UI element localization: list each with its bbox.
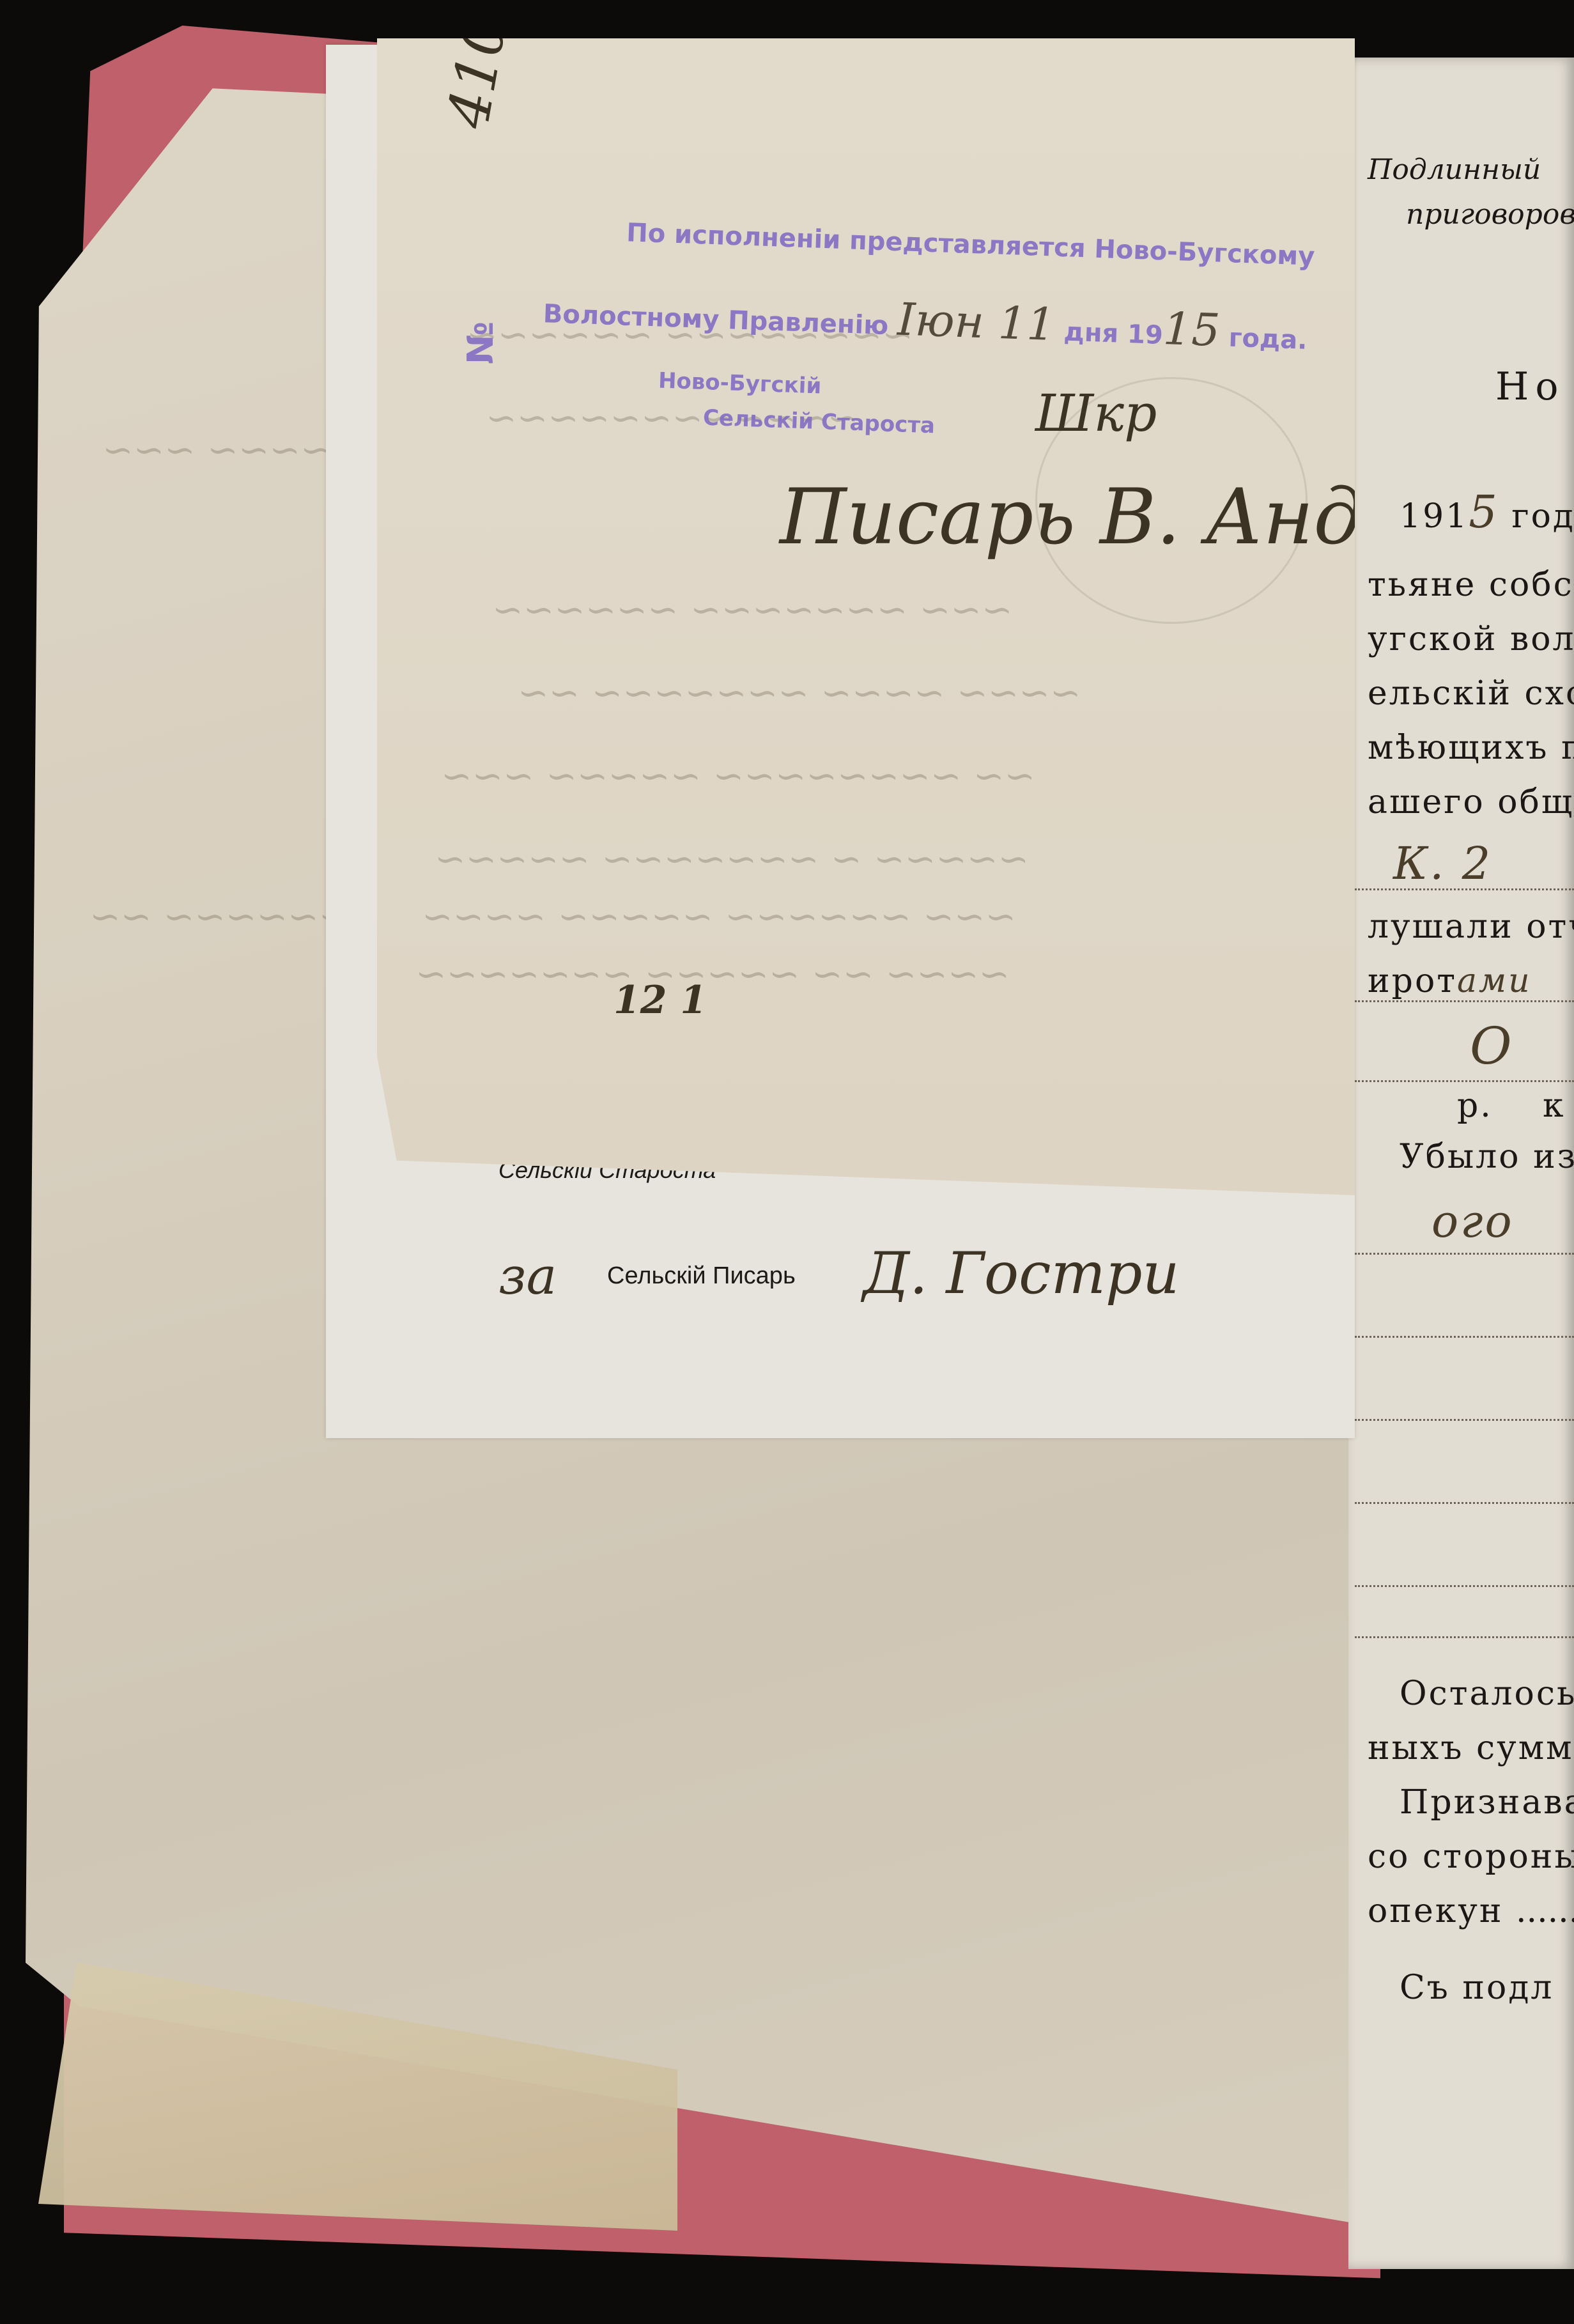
dotted-rule	[1355, 1336, 1574, 1338]
form-line: р. к	[1457, 1087, 1565, 1125]
bleed-through-text: ~~~~~ ~ ~~~~~~~ ~~~~~	[435, 837, 1029, 881]
handwritten-za: за	[498, 1246, 557, 1306]
dotted-rule	[1355, 1585, 1574, 1587]
dotted-rule	[1355, 1419, 1574, 1421]
bleed-through-text: ~~~ ~~~~~~~ ~~~~~~	[492, 588, 1012, 631]
dotted-rule	[1355, 1253, 1574, 1255]
form-title-line1: Подлинный	[1368, 153, 1541, 186]
dotted-rule	[1355, 1080, 1574, 1082]
hand-entry: К. 2	[1393, 837, 1492, 890]
overlay-note-sheet: ~~~~~~~~ ~~~~~~ ~~~~~~~~~~~~ ~~~ ~~~~~~~…	[377, 38, 1355, 1195]
dotted-rule	[1355, 1502, 1574, 1504]
bleed-through-text: ~~ ~~~~~~~~ ~~~~~ ~~~	[441, 754, 1035, 798]
ink-mark: 12 1	[613, 978, 707, 1023]
signature-initials: Шкр	[1035, 383, 1157, 443]
form-heading: Но	[1495, 364, 1564, 409]
stamp-number-sign: №	[460, 321, 502, 364]
form-line: Убыло из	[1400, 1138, 1574, 1176]
dotted-rule	[1355, 1000, 1574, 1002]
stamp-line1: По исполненіи представляется Ново-Бугско…	[626, 218, 1315, 272]
form-line: мѣющихъ п	[1368, 729, 1574, 767]
form-line: иротами	[1368, 962, 1532, 1000]
printed-form-right: Подлинный приговоров Но 1915 года тьяне …	[1348, 58, 1574, 2269]
hand-entry: ого	[1431, 1195, 1514, 1248]
form-line: ныхъ суммъ	[1368, 1729, 1574, 1767]
bleed-through-text: ~~~~~~ ~~	[89, 895, 350, 938]
stamp-origin-line1: Ново-Бугскій	[658, 368, 822, 399]
form-line: Признава	[1400, 1783, 1574, 1822]
form-title-line2: приговоров	[1406, 198, 1574, 231]
form-line: ашего обще	[1368, 783, 1574, 821]
pisar-main-signature: Писарь В. Андр	[780, 473, 1411, 562]
form-line: опекун ....... кр	[1368, 1892, 1574, 1930]
bleed-through-text: ~~~~ ~~~~ ~~~~~~~ ~~	[518, 671, 1081, 715]
form-year-line: 1915 года	[1400, 486, 1574, 538]
printed-pisar-label: Сельскій Писарь	[607, 1262, 796, 1290]
form-line: угской воло	[1368, 620, 1574, 658]
form-line: со стороны	[1368, 1838, 1574, 1876]
form-line: ельскій сход	[1368, 674, 1574, 713]
form-line: Съ подл	[1400, 1969, 1554, 2007]
handwritten-file-number: 4105	[435, 0, 526, 133]
dotted-rule	[1355, 888, 1574, 890]
pisar-signature: Д. Гостри	[863, 1240, 1179, 1307]
form-line: Осталось	[1400, 1675, 1574, 1713]
hand-entry: О	[1470, 1016, 1514, 1076]
form-line: тьяне собств	[1368, 566, 1574, 604]
form-line: лушали отч	[1368, 908, 1574, 946]
dotted-rule	[1355, 1636, 1574, 1638]
bleed-through-text: ~~~ ~~~~~~ ~~~~~ ~~~~	[422, 895, 1016, 938]
bleed-through-text: ~~~~ ~~~	[102, 428, 332, 472]
bleed-through-text: ~~~~ ~~ ~~~~~ ~~~~~~~	[415, 952, 1010, 996]
